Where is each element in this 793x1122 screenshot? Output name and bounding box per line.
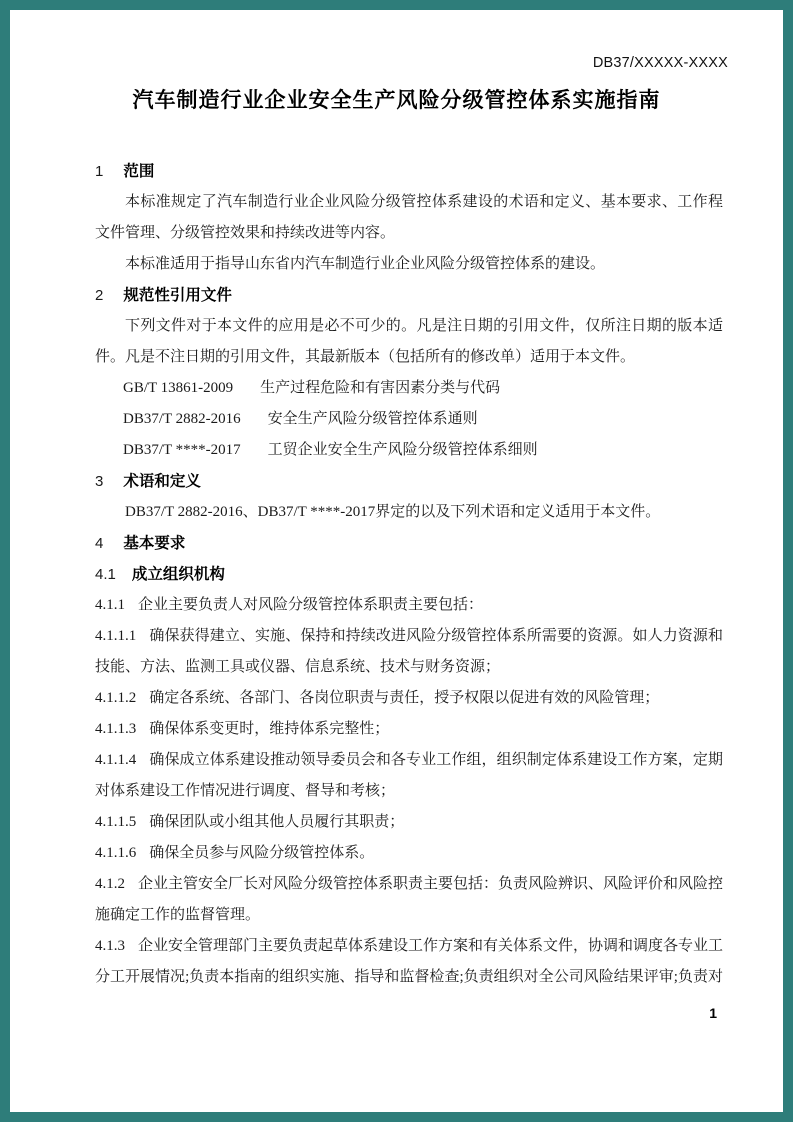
clause-number: 4.1.1.6 — [95, 845, 136, 861]
line-text: 生产过程危险和有害因素分类与代码 — [260, 380, 500, 396]
page-number: 1 — [10, 1005, 783, 1021]
clause-line: 4.1.3企业安全管理部门主要负责起草体系建设工作方案和有关体系文件，协调和调度… — [95, 931, 723, 962]
clause-line: 4.1.1.6确保全员参与风险分级管控体系。 — [95, 838, 723, 869]
clause-number: 4.1.1.3 — [95, 721, 136, 737]
line-text: 工贸企业安全生产风险分级管控体系细则 — [268, 442, 538, 458]
clause-line: 4.1.1.2确定各系统、各部门、各岗位职责与责任，授予权限以促进有效的风险管理… — [95, 683, 723, 714]
reference-code: DB37/T ****-2017 — [123, 442, 241, 458]
line-text: 确保成立体系建设推动领导委员会和各专业工作组，组织制定体系建设工作方案，定期部署 — [95, 752, 723, 776]
line-text: 件。凡是不注日期的引用文件，其最新版本（包括所有的修改单）适用于本文件。 — [95, 349, 635, 365]
clause-line: 4.1.1.5确保团队或小组其他人员履行其职责； — [95, 807, 723, 838]
clause-number: 4.1.1.1 — [95, 628, 136, 644]
reference-line: DB37/T ****-2017工贸企业安全生产风险分级管控体系细则 — [95, 435, 723, 466]
clause-number: 4.1.3 — [95, 938, 125, 954]
line-text: 确保全员参与风险分级管控体系。 — [149, 845, 374, 861]
line-text: 企业安全管理部门主要负责起草体系建设工作方案和有关体系文件，协调和调度各专业工作… — [95, 938, 723, 962]
line-text: 范围 — [123, 163, 154, 180]
line-text: 企业主要负责人对风险分级管控体系职责主要包括： — [138, 597, 483, 613]
clause-number: 4.1.2 — [95, 876, 125, 892]
line-text: 分工开展情况;负责本指南的组织实施、指导和监督检查;负责组织对全公司风险结果评审… — [95, 969, 723, 993]
body-line: 文件管理、分级管控效果和持续改进等内容。 — [95, 218, 723, 249]
line-text: 确保获得建立、实施、保持和持续改进风险分级管控体系所需要的资源。如人力资源和专门 — [95, 628, 723, 652]
line-text: 下列文件对于本文件的应用是必不可少的。凡是注日期的引用文件，仅所注日期的版本适用… — [125, 318, 723, 342]
line-text: 确定各系统、各部门、各岗位职责与责任，授予权限以促进有效的风险管理； — [149, 690, 659, 706]
reference-line: DB37/T 2882-2016安全生产风险分级管控体系通则 — [95, 404, 723, 435]
section-heading: 4.1成立组织机构 — [95, 559, 723, 590]
clause-number: 2 — [95, 287, 103, 304]
clause-number: 3 — [95, 473, 103, 490]
body-line: 技能、方法、监测工具或仪器、信息系统、技术与财务资源； — [95, 652, 723, 683]
line-text: 技能、方法、监测工具或仪器、信息系统、技术与财务资源； — [95, 659, 500, 675]
document-title: 汽车制造行业企业安全生产风险分级管控体系实施指南 — [10, 86, 783, 116]
body-line: 施确定工作的监督管理。 — [95, 900, 723, 931]
line-text: 成立组织机构 — [132, 566, 225, 583]
clause-line: 4.1.1企业主要负责人对风险分级管控体系职责主要包括： — [95, 590, 723, 621]
clause-line: 4.1.1.4确保成立体系建设推动领导委员会和各专业工作组，组织制定体系建设工作… — [95, 745, 723, 776]
body-line: 对体系建设工作情况进行调度、督导和考核； — [95, 776, 723, 807]
section-heading: 1范围 — [95, 156, 723, 187]
line-text: 术语和定义 — [123, 473, 201, 490]
reference-code: GB/T 13861-2009 — [123, 380, 233, 396]
line-text: 规范性引用文件 — [123, 287, 232, 304]
clause-number: 4.1.1.4 — [95, 752, 136, 768]
line-text: 对体系建设工作情况进行调度、督导和考核； — [95, 783, 395, 799]
page-border-frame: DB37/XXXXX-XXXX 汽车制造行业企业安全生产风险分级管控体系实施指南… — [0, 0, 793, 1122]
line-text: 基本要求 — [123, 535, 185, 552]
section-heading: 4基本要求 — [95, 528, 723, 559]
clause-number: 4.1.1 — [95, 597, 125, 613]
standard-number: DB37/XXXXX-XXXX — [593, 55, 728, 71]
body-line: DB37/T 2882-2016、DB37/T ****-2017界定的以及下列… — [95, 497, 723, 528]
body-line: 本标准规定了汽车制造行业企业风险分级管控体系建设的术语和定义、基本要求、工作程序… — [95, 187, 723, 218]
clause-line: 4.1.2企业主管安全厂长对风险分级管控体系职责主要包括：负责风险辨识、风险评价… — [95, 869, 723, 900]
reference-line: GB/T 13861-2009生产过程危险和有害因素分类与代码 — [95, 373, 723, 404]
body-line: 下列文件对于本文件的应用是必不可少的。凡是注日期的引用文件，仅所注日期的版本适用… — [95, 311, 723, 342]
clause-number: 4 — [95, 535, 103, 552]
document-body: 1范围本标准规定了汽车制造行业企业风险分级管控体系建设的术语和定义、基本要求、工… — [95, 156, 723, 993]
clause-number: 4.1 — [95, 566, 116, 583]
line-text: 企业主管安全厂长对风险分级管控体系职责主要包括：负责风险辨识、风险评价和风险控制… — [95, 876, 723, 900]
line-text: DB37/T 2882-2016、DB37/T ****-2017界定的以及下列… — [125, 504, 660, 520]
line-text: 确保团队或小组其他人员履行其职责； — [149, 814, 404, 830]
clause-number: 4.1.1.2 — [95, 690, 136, 706]
section-heading: 3术语和定义 — [95, 466, 723, 497]
clause-number: 4.1.1.5 — [95, 814, 136, 830]
clause-line: 4.1.1.1确保获得建立、实施、保持和持续改进风险分级管控体系所需要的资源。如… — [95, 621, 723, 652]
line-text: 本标准规定了汽车制造行业企业风险分级管控体系建设的术语和定义、基本要求、工作程序… — [125, 194, 723, 218]
section-heading: 2规范性引用文件 — [95, 280, 723, 311]
line-text: 文件管理、分级管控效果和持续改进等内容。 — [95, 225, 395, 241]
clause-number: 1 — [95, 163, 103, 180]
line-text: 安全生产风险分级管控体系通则 — [268, 411, 478, 427]
reference-code: DB37/T 2882-2016 — [123, 411, 241, 427]
body-line: 分工开展情况;负责本指南的组织实施、指导和监督检查;负责组织对全公司风险结果评审… — [95, 962, 723, 993]
line-text: 施确定工作的监督管理。 — [95, 907, 260, 923]
line-text: 确保体系变更时，维持体系完整性； — [149, 721, 389, 737]
body-line: 件。凡是不注日期的引用文件，其最新版本（包括所有的修改单）适用于本文件。 — [95, 342, 723, 373]
body-line: 本标准适用于指导山东省内汽车制造行业企业风险分级管控体系的建设。 — [95, 249, 723, 280]
line-text: 本标准适用于指导山东省内汽车制造行业企业风险分级管控体系的建设。 — [125, 256, 605, 272]
clause-line: 4.1.1.3确保体系变更时，维持体系完整性； — [95, 714, 723, 745]
